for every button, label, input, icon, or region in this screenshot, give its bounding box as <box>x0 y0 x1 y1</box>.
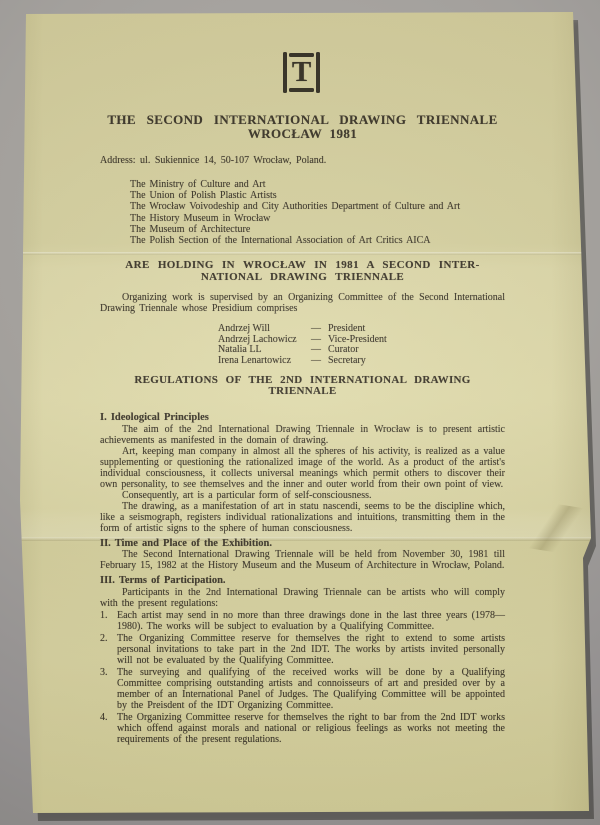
term-item: 4. The Organizing Committee reserve for … <box>100 712 505 745</box>
item-number: 1. <box>100 610 117 632</box>
item-number: 4. <box>100 712 117 745</box>
document-content: T THE SECOND INTERNATIONAL DRAWING TRIEN… <box>100 8 505 745</box>
presidium-role: Secretary <box>328 356 505 367</box>
term-item: 2. The Organizing Committee reserve for … <box>100 633 505 666</box>
title-line-1: THE SECOND INTERNATIONAL DRAWING TRIENNA… <box>100 113 505 127</box>
logo-letter-t: T <box>283 52 320 93</box>
address-line: Address: ul. Sukiennice 14, 50-107 Wrocł… <box>100 155 505 166</box>
item-text: The Organizing Committee reserve for the… <box>117 712 505 745</box>
photo-background: T THE SECOND INTERNATIONAL DRAWING TRIEN… <box>0 0 600 825</box>
document-title: THE SECOND INTERNATIONAL DRAWING TRIENNA… <box>100 113 505 140</box>
organizer-item: The Ministry of Culture and Art <box>130 179 505 190</box>
dash: — <box>311 324 328 335</box>
presidium-row: Irena Lenartowicz — Secretary <box>218 356 505 367</box>
triennale-logo: T <box>283 52 320 93</box>
item-number: 3. <box>100 667 117 711</box>
presidium-name: Andrzej Will <box>218 324 311 335</box>
holding-line-2: NATIONAL DRAWING TRIENNALE <box>100 272 505 284</box>
item-text: The surveying and qualifying of the rece… <box>117 667 505 711</box>
item-number: 2. <box>100 633 117 666</box>
section-time-and-place: II. Time and Place of the Exhibition. Th… <box>100 538 505 572</box>
organizing-note: Organizing work is supervised by an Orga… <box>100 292 505 314</box>
presidium-row: Andrzej Will — President <box>218 324 505 335</box>
paragraph: The drawing, as a manifestation of art i… <box>100 501 505 534</box>
paragraph: The Second International Drawing Trienna… <box>100 549 505 571</box>
organizer-item: The Wrocław Voivodeship and City Authori… <box>130 201 505 212</box>
section-terms-of-participation: III. Terms of Participation. Participant… <box>100 575 505 745</box>
title-line-2: WROCŁAW 1981 <box>100 127 505 141</box>
term-item: 1. Each artist may send in no more than … <box>100 610 505 632</box>
paragraph: Consequently, art is a particular form o… <box>100 490 505 501</box>
holding-announcement: ARE HOLDING IN WROCŁAW IN 1981 A SECOND … <box>100 260 505 284</box>
organizer-item: The History Museum in Wrocław <box>130 213 505 224</box>
dash: — <box>311 356 328 367</box>
presidium-role: President <box>328 324 505 335</box>
presidium-list: Andrzej Will — President Andrzej Lachowi… <box>218 324 505 367</box>
organizer-item: The Museum of Architecture <box>130 224 505 235</box>
organizer-list: The Ministry of Culture and Art The Unio… <box>130 179 505 246</box>
document-page: T THE SECOND INTERNATIONAL DRAWING TRIEN… <box>14 8 598 820</box>
section-ideological-principles: I. Ideological Principles The aim of the… <box>100 412 505 534</box>
paper-wrinkle <box>513 498 598 558</box>
term-item: 3. The surveying and qualifying of the r… <box>100 667 505 711</box>
section-heading: I. Ideological Principles <box>100 412 505 424</box>
regulations-heading: REGULATIONS OF THE 2ND INTERNATIONAL DRA… <box>100 375 505 397</box>
section-heading: III. Terms of Participation. <box>100 575 505 587</box>
item-text: The Organizing Committee reserve for the… <box>117 633 505 666</box>
section-heading: II. Time and Place of the Exhibition. <box>100 538 505 550</box>
paragraph: Art, keeping man company in almost all t… <box>100 446 505 490</box>
paragraph: The aim of the 2nd International Drawing… <box>100 424 505 446</box>
paragraph: Participants in the 2nd International Dr… <box>100 587 505 609</box>
organizer-item: The Union of Polish Plastic Artists <box>130 190 505 201</box>
terms-list: 1. Each artist may send in no more than … <box>100 610 505 745</box>
organizer-item: The Polish Section of the International … <box>130 235 505 246</box>
item-text: Each artist may send in no more than thr… <box>117 610 505 632</box>
presidium-name: Irena Lenartowicz <box>218 356 311 367</box>
